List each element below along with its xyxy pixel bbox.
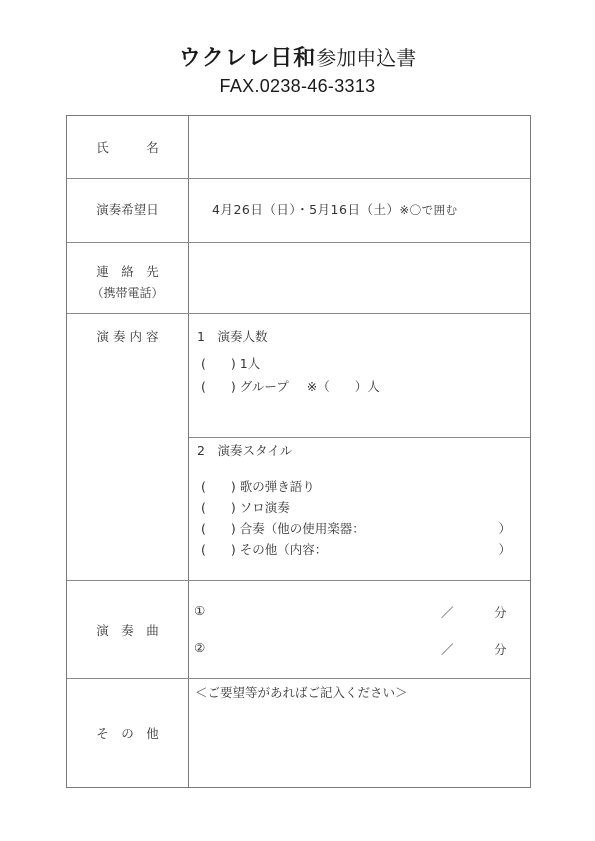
date-note: ※〇で囲む xyxy=(399,203,457,217)
title-suffix: 参加申込書 xyxy=(316,46,416,70)
option-label: グループ xyxy=(240,379,289,394)
name-label: 氏 名 xyxy=(67,138,188,156)
song-number: ② xyxy=(194,640,205,655)
minutes-unit: 分 xyxy=(494,603,507,621)
group-count-field[interactable]: ※（ ）人 xyxy=(307,379,380,394)
close-paren: ） xyxy=(498,519,511,537)
option-group[interactable]: ( ) グループ ※（ ）人 xyxy=(201,377,380,395)
other-requests-field[interactable]: ＜ご要望等があればご記入ください＞ xyxy=(195,683,408,701)
song-number: ① xyxy=(194,603,205,618)
logo-text: ウクレレ日和 xyxy=(179,46,316,71)
date-options[interactable]: 4月26日（日）・5月16日（土）※〇で囲む xyxy=(212,200,458,218)
section-divider xyxy=(189,437,530,438)
column-divider xyxy=(188,116,189,787)
row-divider xyxy=(67,678,530,679)
contact-sublabel: （携帯電話） xyxy=(67,284,188,301)
songs-label: 演 奏 曲 xyxy=(67,621,188,639)
row-divider xyxy=(67,313,530,314)
row-divider xyxy=(67,580,530,581)
contact-phone-field[interactable] xyxy=(190,244,529,312)
option-solo-person[interactable]: ( ) 1人 xyxy=(201,354,260,372)
option-label: 1人 xyxy=(240,356,260,371)
song-row-2[interactable]: ② ／ 分 xyxy=(194,640,509,655)
style-option-singing[interactable]: ( ) 歌の弾き語り xyxy=(201,477,511,495)
song-row-1[interactable]: ① ／ 分 xyxy=(194,603,509,618)
fax-number: FAX.0238-46-3313 xyxy=(0,76,595,97)
option-label: ソロ演奏 xyxy=(240,500,290,515)
checkbox-paren: ( ) xyxy=(201,379,236,394)
minutes-unit: 分 xyxy=(494,640,507,658)
other-placeholder: ＜ご要望等があればご記入ください＞ xyxy=(195,685,408,700)
style-option-other[interactable]: ( ) その他（内容： ） xyxy=(201,540,511,558)
option-label: その他（内容： xyxy=(240,542,328,557)
contact-label: 連 絡 先 xyxy=(67,262,188,280)
row-divider xyxy=(67,178,530,179)
application-form-table: 氏 名 演奏希望日 4月26日（日）・5月16日（土）※〇で囲む 連 絡 先 （… xyxy=(66,115,531,788)
checkbox-paren: ( ) xyxy=(201,521,236,536)
form-title: ウクレレ日和参加申込書 xyxy=(0,41,595,69)
checkbox-paren: ( ) xyxy=(201,479,236,494)
checkbox-paren: ( ) xyxy=(201,500,236,515)
option-label: 歌の弾き語り xyxy=(240,479,315,494)
row-divider xyxy=(67,242,530,243)
date-label: 演奏希望日 xyxy=(67,200,188,218)
style-option-ensemble[interactable]: ( ) 合奏（他の使用楽器： ） xyxy=(201,519,511,537)
checkbox-paren: ( ) xyxy=(201,356,236,371)
section1-heading: 1 演奏人数 xyxy=(197,327,267,345)
slash-separator: ／ xyxy=(441,640,454,658)
other-label: そ の 他 xyxy=(67,724,188,742)
close-paren: ） xyxy=(498,540,511,558)
date-options-text: 4月26日（日）・5月16日（土） xyxy=(212,202,399,217)
style-option-solo[interactable]: ( ) ソロ演奏 xyxy=(201,498,511,516)
section2-heading: 2 演奏スタイル xyxy=(197,441,292,459)
content-label: 演 奏 内 容 xyxy=(67,327,188,345)
name-field[interactable] xyxy=(190,117,529,177)
checkbox-paren: ( ) xyxy=(201,542,236,557)
option-label: 合奏（他の使用楽器： xyxy=(240,521,365,536)
slash-separator: ／ xyxy=(441,603,454,621)
